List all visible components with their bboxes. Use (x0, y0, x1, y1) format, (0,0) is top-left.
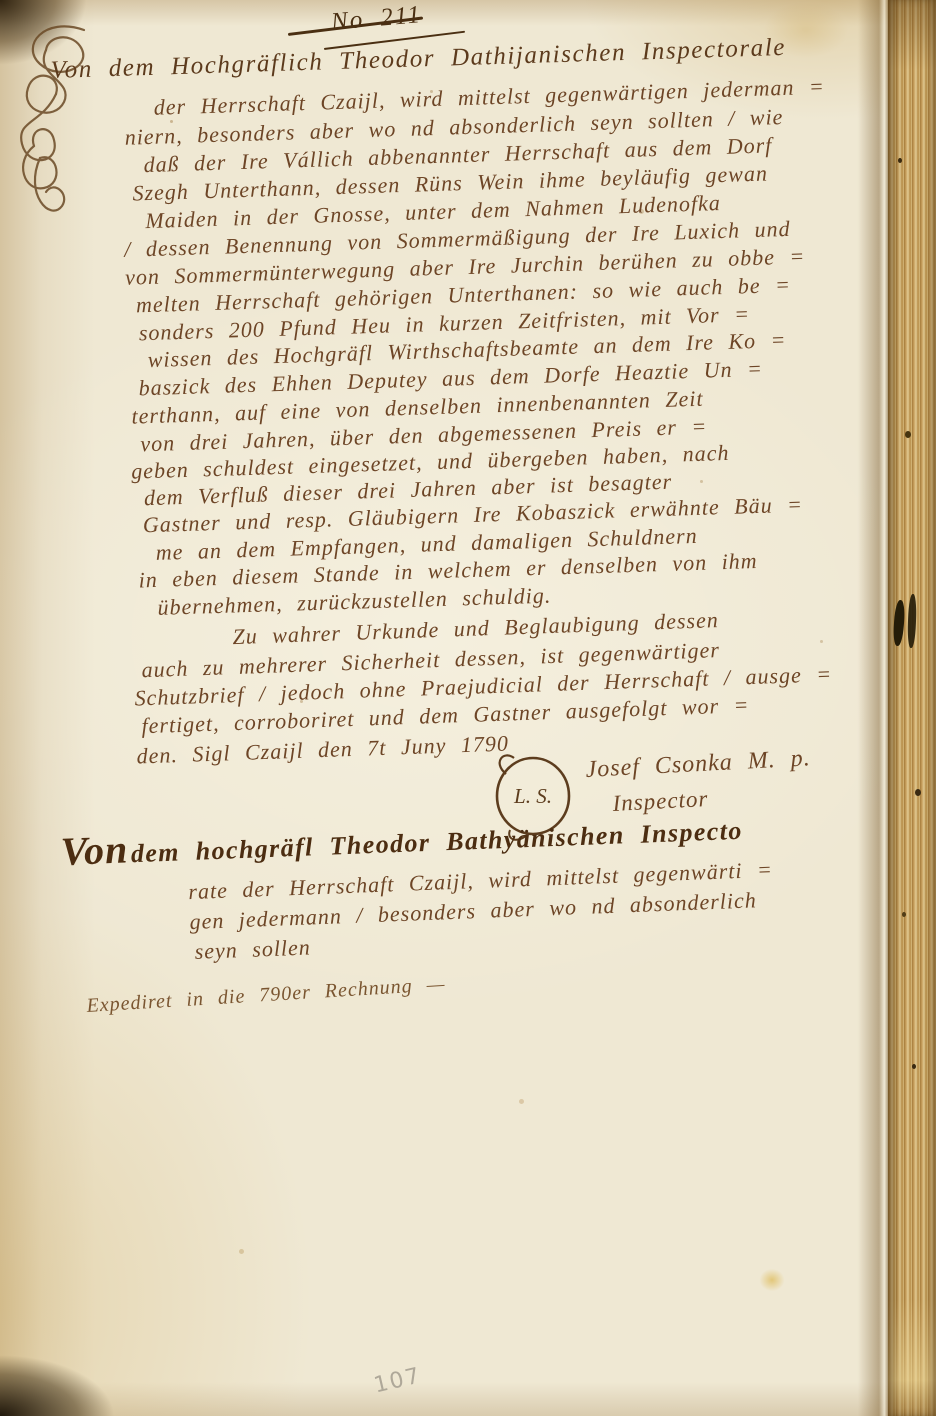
page-gutter-shadow (858, 0, 888, 1416)
summary-line: dem hochgräfl Theodor Bathyänischen Insp… (130, 818, 743, 867)
main-text-line: Von dem Hochgräflich Theodor Dathijanisc… (50, 35, 786, 83)
signature-name: Josef Csonka M. p. (585, 746, 811, 782)
calligraphic-flourish (6, 22, 118, 237)
seal-label: L. S. (513, 784, 552, 808)
attestation-line: den. Sigl Czaijl den 7t Juny 1790 (136, 733, 509, 768)
book-fore-edge (888, 0, 936, 1416)
summary-initial: Von (60, 829, 129, 872)
manuscript-page: No 211 Von dem Hochgräflich Theodor Dath… (0, 0, 936, 1416)
edge-ink-specks (898, 158, 902, 163)
pencil-folio-number: 107 (372, 1365, 424, 1397)
dark-corner-bottom-left (0, 1354, 130, 1416)
filing-note: Expediret in die 790er Rechnung — (86, 974, 446, 1016)
signature-title: Inspector (612, 787, 709, 815)
summary-line: seyn sollen (194, 936, 311, 962)
